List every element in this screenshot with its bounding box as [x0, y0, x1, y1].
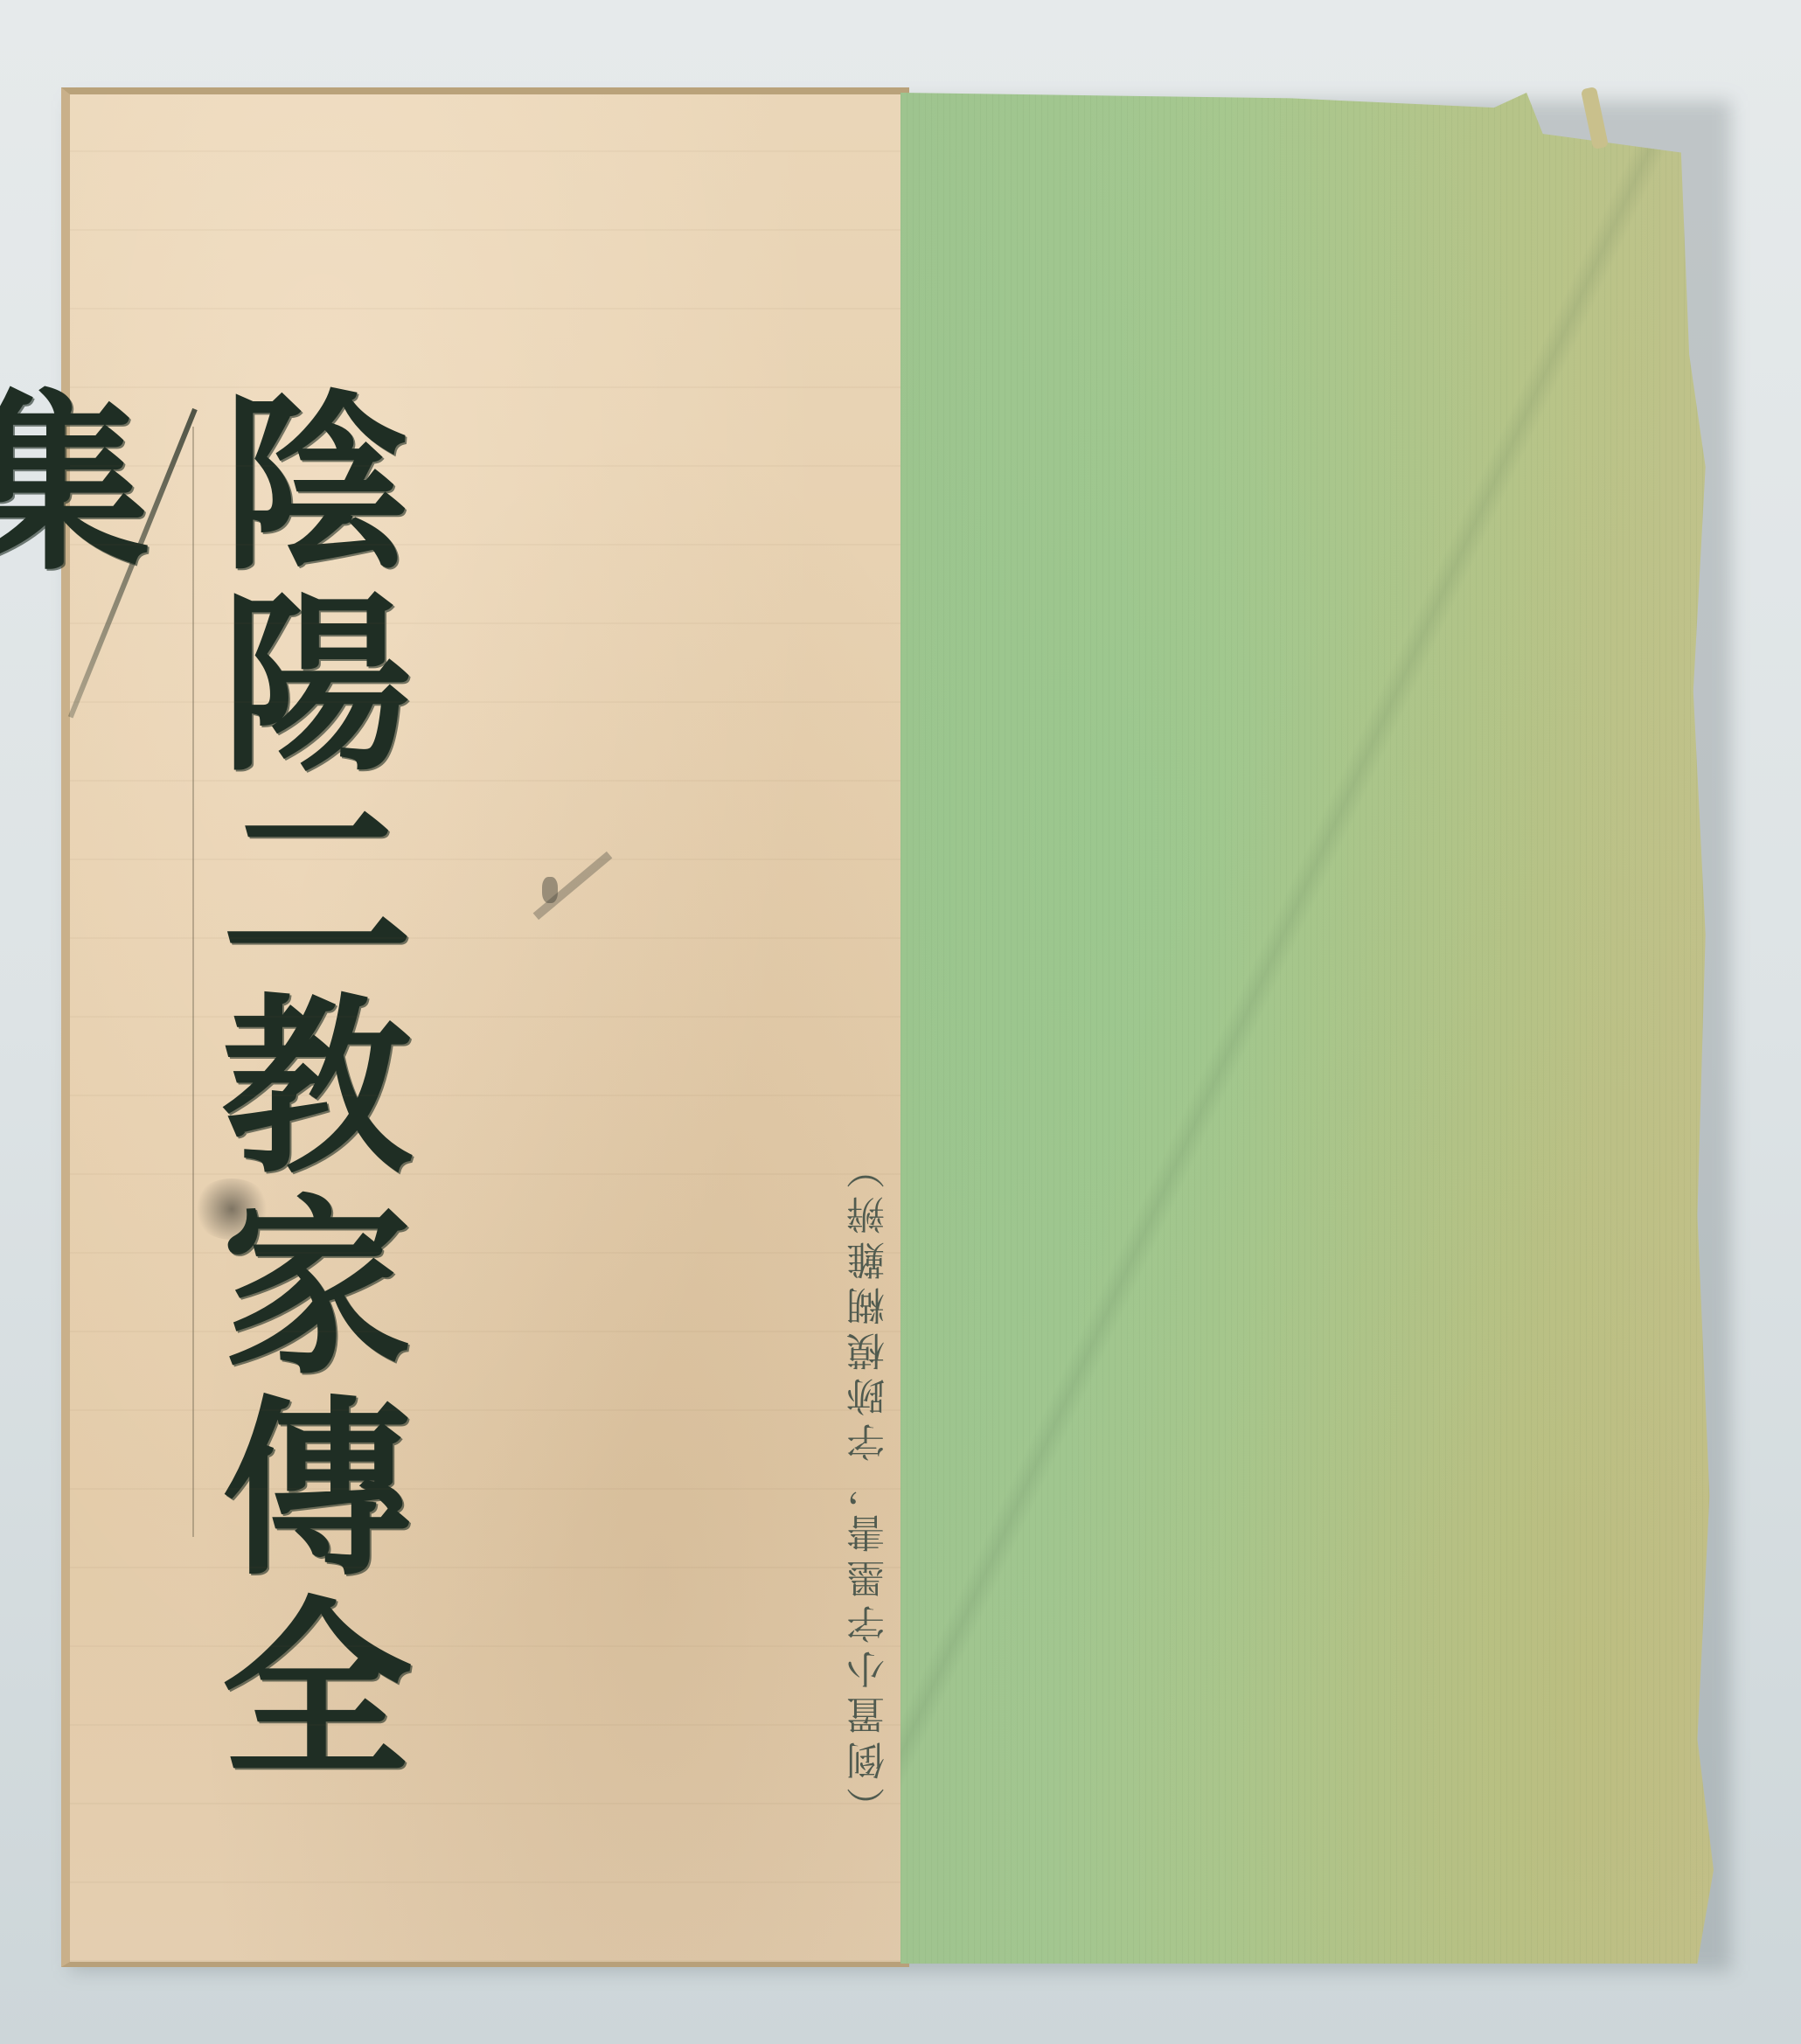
secondary-inscription: （倒置小字墨書，字跡模糊難辨）: [844, 357, 905, 1825]
fold-line: [192, 427, 194, 1537]
green-cover-flap: [900, 93, 1714, 1964]
book-cover: 陰陽二教家傳全集 （倒置小字墨書，字跡模糊難辨）: [61, 87, 1714, 1967]
book-title: 陰陽二教家傳全集: [170, 383, 433, 1817]
tan-title-page: 陰陽二教家傳全集 （倒置小字墨書，字跡模糊難辨）: [61, 87, 909, 1967]
faded-stamp-mark: [542, 877, 558, 903]
faded-stamp-stroke: [533, 852, 613, 920]
ink-smudge: [192, 1178, 271, 1240]
ink-slash-mark: [68, 408, 198, 719]
